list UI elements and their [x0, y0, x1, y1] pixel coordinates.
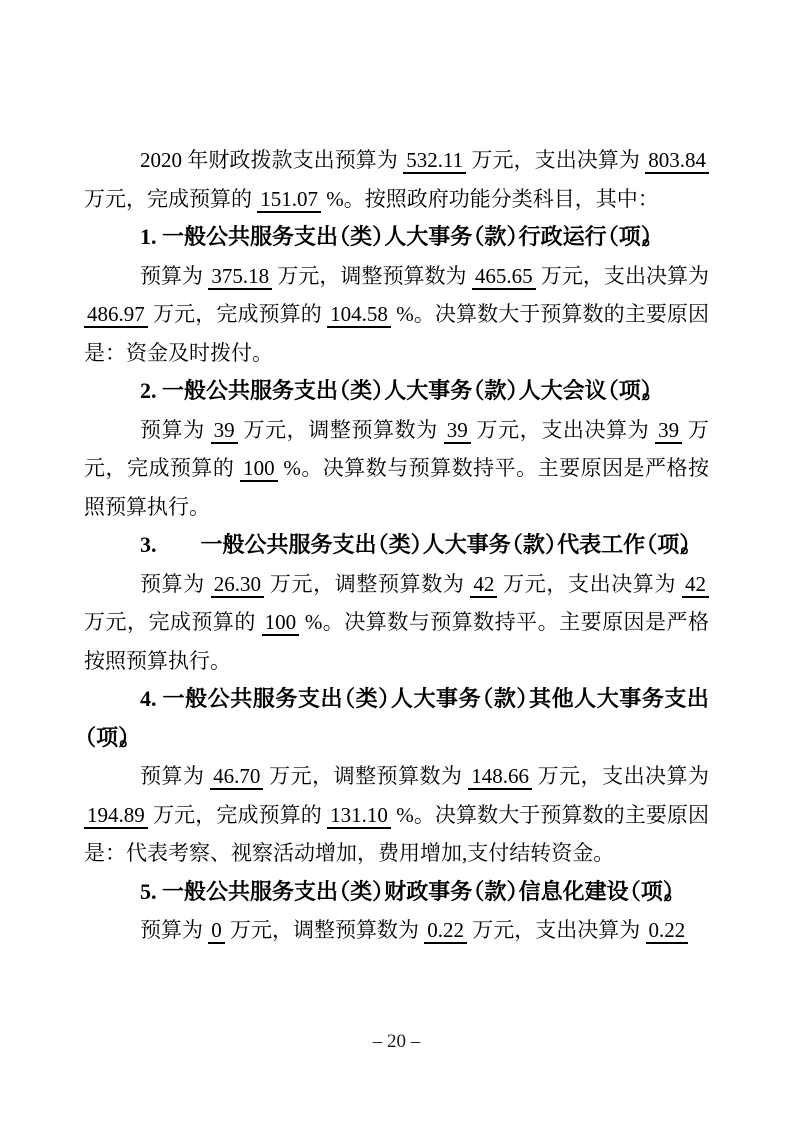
underlined-value: 803.84: [645, 148, 709, 174]
text-run: 万元，支出决算为: [466, 148, 645, 172]
text-run: 万元，调整预算数为: [263, 764, 468, 788]
text-run: 预算为: [140, 264, 208, 288]
text-run: 类: [356, 686, 379, 711]
text-run: 万元，完成预算的: [84, 610, 262, 634]
text-run: 万元，支出决算为: [536, 264, 709, 288]
text-run: 4. 一般公共服务支出: [140, 686, 343, 711]
underlined-value: 104.58: [327, 302, 391, 328]
text-run: 预算为: [140, 418, 211, 442]
underlined-value: 0.22: [646, 918, 689, 944]
body-paragraph: 预算为 375.18 万元，调整预算数为 465.65 万元，支出决算为 486…: [84, 257, 709, 373]
text-run: 类: [350, 224, 372, 249]
text-run: 预算为: [140, 572, 211, 596]
text-run: 3. 一般公共服务支出: [140, 532, 377, 557]
text-run: 款: [484, 224, 506, 249]
text-run: 5. 一般公共服务支出: [140, 879, 338, 904]
text-run: 款: [523, 532, 545, 557]
underlined-value: 46.70: [210, 764, 263, 790]
page-number: – 20 –: [373, 1031, 421, 1052]
text-run: 万元，调整预算数为: [238, 418, 444, 442]
text-run: 项: [657, 532, 679, 557]
text-run: 项: [641, 879, 663, 904]
text-run: 2. 一般公共服务支出: [140, 378, 338, 403]
document-page: { "page": { "background_color": "#ffffff…: [0, 0, 793, 1122]
punct-open: （: [74, 725, 96, 750]
underlined-value: 0.22: [424, 918, 467, 944]
body-paragraph: 2020 年财政拨款支出预算为 532.11 万元，支出决算为 803.84 万…: [84, 141, 709, 218]
underlined-value: 100: [262, 610, 300, 636]
text-run: 财政事务: [384, 879, 472, 904]
underlined-value: 39: [655, 418, 682, 444]
punct-open: （: [462, 879, 484, 904]
text-run: 项: [619, 378, 641, 403]
section-heading: 2. 一般公共服务支出（类）人大事务（款）人大会议（项）。: [84, 372, 709, 411]
text-run: 款: [484, 879, 506, 904]
underlined-value: 39: [444, 418, 471, 444]
text-run: 1. 一般公共服务支出: [140, 224, 338, 249]
underlined-value: 26.30: [211, 572, 264, 598]
text-run: 类: [350, 378, 372, 403]
text-run: 行政运行: [519, 224, 607, 249]
text-run: 万元，调整预算数为: [225, 918, 425, 942]
page-footer: – 20 –: [0, 1031, 793, 1053]
text-run: 万元，调整预算数为: [272, 264, 472, 288]
text-run: 万元，完成预算的: [148, 803, 327, 827]
text-run: 万元，调整预算数为: [264, 572, 470, 596]
text-run: 项: [96, 725, 118, 750]
underlined-value: 465.65: [472, 264, 536, 290]
text-run: 类: [389, 532, 411, 557]
underlined-value: 151.07: [257, 187, 321, 213]
document-body: 2020 年财政拨款支出预算为 532.11 万元，支出决算为 803.84 万…: [84, 141, 709, 950]
punct-open: （: [462, 378, 484, 403]
text-run: 万元，支出决算为: [532, 764, 709, 788]
text-run: 万元，完成预算的: [148, 302, 327, 326]
punct-open: （: [328, 879, 350, 904]
text-run: 其他人大事务支出: [529, 686, 709, 711]
punct-open: （: [367, 532, 389, 557]
text-run: 人大事务: [391, 686, 481, 711]
body-paragraph: 预算为 26.30 万元，调整预算数为 42 万元，支出决算为 42 万元，完成…: [84, 565, 709, 681]
text-run: 项: [619, 224, 641, 249]
text-run: 类: [350, 879, 372, 904]
punct-open: （: [333, 686, 356, 711]
text-run: %。按照政府功能分类科目，其中：: [321, 187, 659, 211]
punct-open: （: [501, 532, 523, 557]
text-run: 万元，支出决算为: [471, 418, 655, 442]
punct-open: （: [597, 378, 619, 403]
punct-close: 。: [642, 378, 664, 403]
text-run: 人大事务: [384, 224, 472, 249]
underlined-value: 486.97: [84, 302, 148, 328]
punct-close: 。: [119, 725, 141, 750]
underlined-value: 131.10: [327, 803, 391, 829]
text-run: 款: [494, 686, 517, 711]
underlined-value: 42: [470, 572, 497, 598]
section-heading: 3. 一般公共服务支出（类）人大事务（款）代表工作（项）。: [84, 526, 709, 565]
text-run: 预算为: [140, 918, 208, 942]
underlined-value: 532.11: [403, 148, 466, 174]
text-run: 预算为: [140, 764, 210, 788]
underlined-value: 0: [208, 918, 225, 944]
section-heading: 4. 一般公共服务支出（类）人大事务（款）其他人大事务支出（项）。: [84, 680, 709, 757]
punct-close: 。: [664, 879, 686, 904]
underlined-value: 148.66: [468, 764, 532, 790]
section-heading: 5. 一般公共服务支出（类）财政事务（款）信息化建设（项）。: [84, 873, 709, 912]
punct-open: （: [471, 686, 494, 711]
text-run: 信息化建设: [519, 879, 629, 904]
body-paragraph: 预算为 46.70 万元，调整预算数为 148.66 万元，支出决算为 194.…: [84, 757, 709, 873]
underlined-value: 194.89: [84, 803, 148, 829]
punct-open: （: [619, 879, 641, 904]
text-run: 万元，完成预算的: [84, 187, 257, 211]
text-run: 万元，支出决算为: [467, 918, 646, 942]
body-paragraph: 预算为 0 万元，调整预算数为 0.22 万元，支出决算为 0.22: [84, 911, 709, 950]
punct-open: （: [462, 224, 484, 249]
body-paragraph: 预算为 39 万元，调整预算数为 39 万元，支出决算为 39 万元，完成预算的…: [84, 411, 709, 527]
text-run: 2020 年财政拨款支出预算为: [140, 148, 403, 172]
underlined-value: 42: [682, 572, 709, 598]
punct-close: 。: [680, 532, 702, 557]
punct-open: （: [328, 224, 350, 249]
punct-open: （: [635, 532, 657, 557]
punct-open: （: [597, 224, 619, 249]
underlined-value: 100: [240, 456, 278, 482]
underlined-value: 375.18: [208, 264, 272, 290]
punct-open: （: [328, 378, 350, 403]
text-run: 人大事务: [384, 378, 472, 403]
underlined-value: 39: [211, 418, 238, 444]
text-run: 人大事务: [423, 532, 511, 557]
text-run: 人大会议: [519, 378, 607, 403]
text-run: 万元，支出决算为: [497, 572, 682, 596]
text-run: 款: [484, 378, 506, 403]
text-run: 代表工作: [557, 532, 645, 557]
punct-close: 。: [642, 224, 664, 249]
section-heading: 1. 一般公共服务支出（类）人大事务（款）行政运行（项）。: [84, 218, 709, 257]
